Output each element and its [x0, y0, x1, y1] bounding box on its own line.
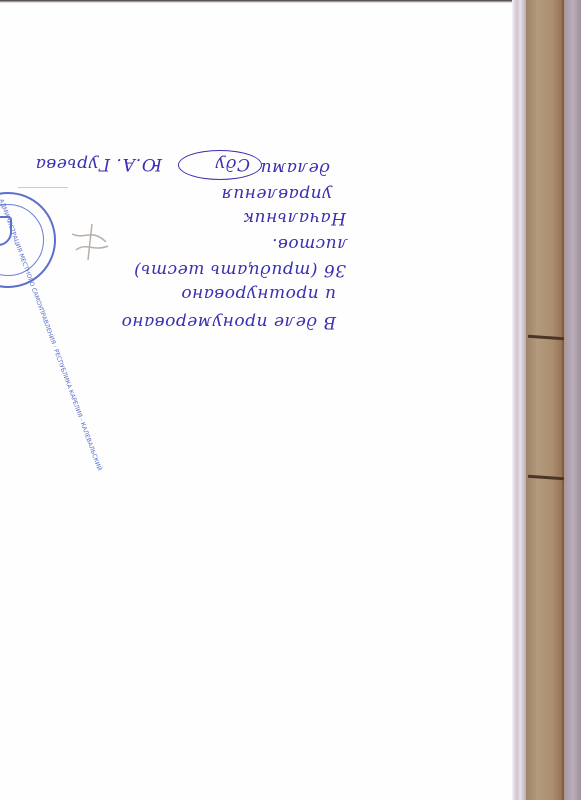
handwritten-line: и прошнуровано — [181, 284, 336, 304]
handwritten-certification: В деле пронумеровано и прошнуровано 36 (… — [0, 0, 512, 800]
cover-edge — [565, 0, 581, 800]
handwritten-line: делами — [260, 158, 330, 178]
handwritten-line: управления — [221, 184, 332, 204]
handwritten-line: В деле пронумеровано — [121, 312, 336, 332]
signatory-name: Ю.А. Гурьева — [35, 154, 162, 174]
binding-strip — [526, 0, 564, 800]
page-stack-edge — [512, 0, 526, 800]
signature-loop — [178, 150, 262, 180]
handwritten-line: листов. — [272, 234, 348, 254]
handwritten-line: 36 (тридцать шесть) — [134, 260, 346, 280]
handwritten-line: Начальник — [243, 208, 346, 228]
